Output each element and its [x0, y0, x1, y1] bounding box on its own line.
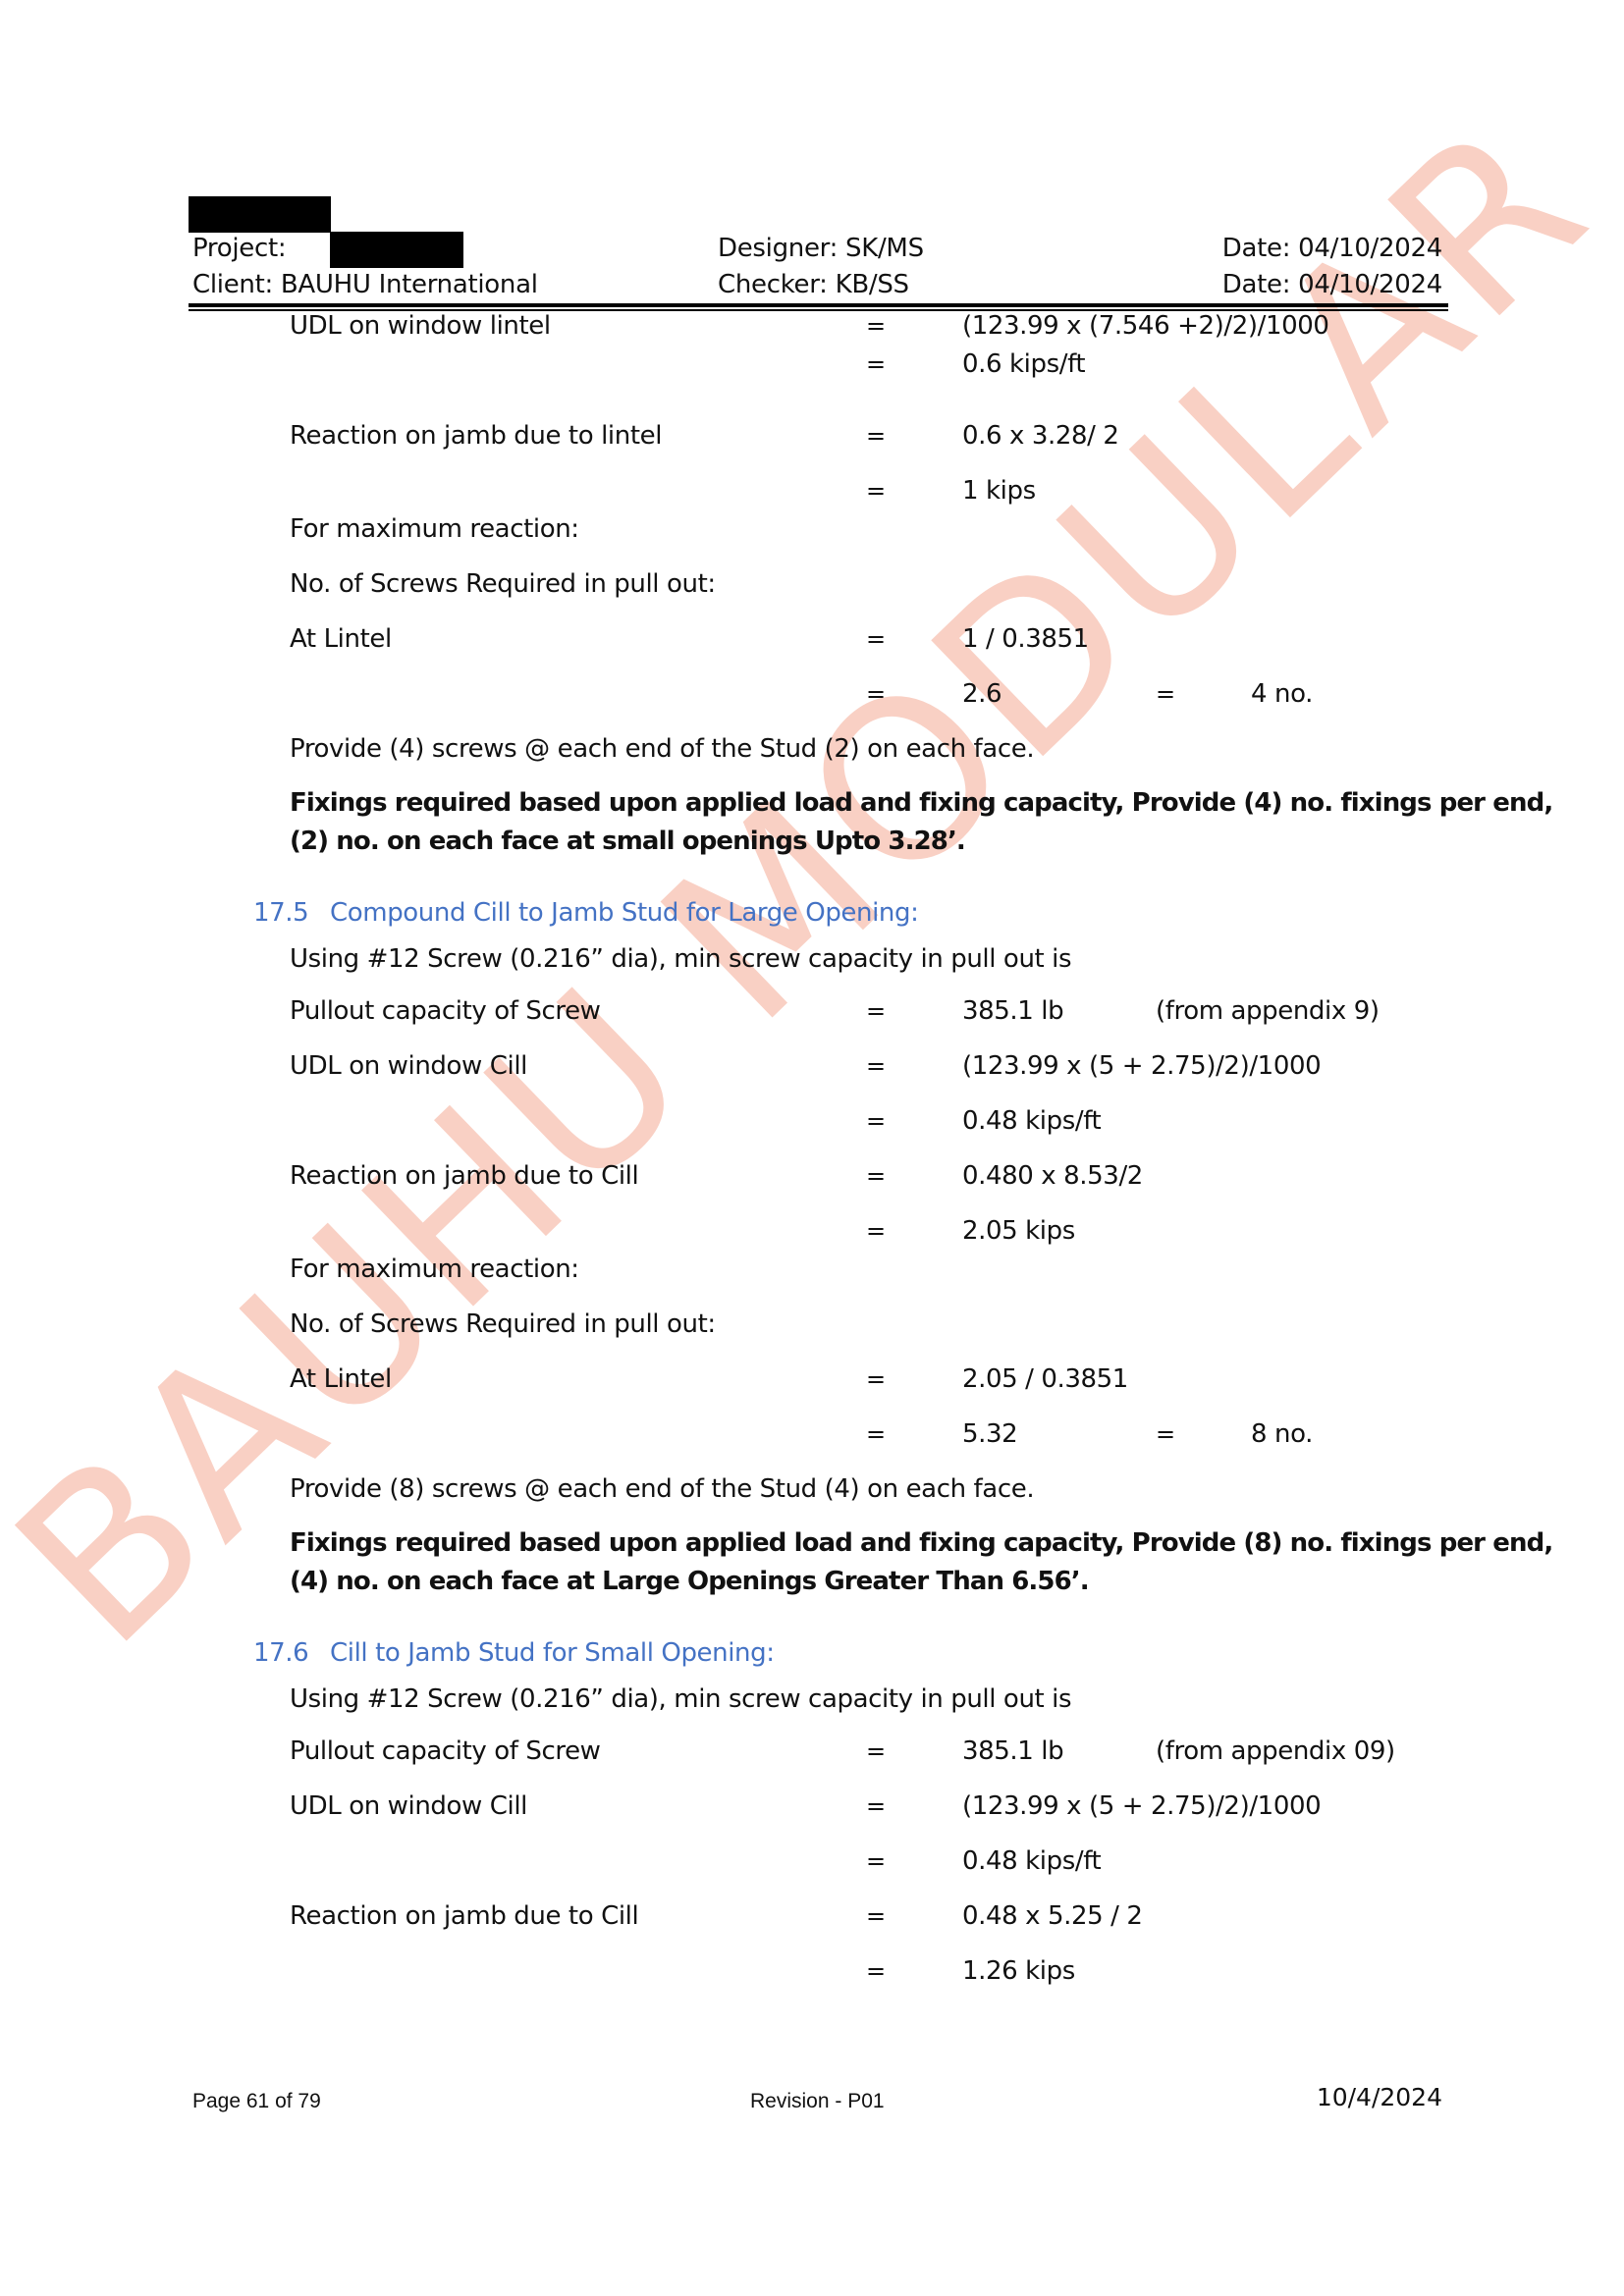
equals-sign: = [866, 421, 886, 451]
conclusion-text: (2) no. on each face at small openings U… [290, 827, 965, 856]
calc-label: Pullout capacity of Screw [290, 1736, 601, 1766]
calc-value: 2.05 / 0.3851 [962, 1364, 1128, 1394]
conclusion-text: Fixings required based upon applied load… [290, 1528, 1552, 1558]
calc-note: (from appendix 09) [1156, 1736, 1395, 1766]
calc-result: 4 no. [1251, 679, 1313, 709]
calc-value: 1 kips [962, 476, 1036, 506]
calc-value: 0.480 x 8.53/2 [962, 1161, 1143, 1191]
calc-value: 0.6 kips/ft [962, 349, 1085, 379]
provide-text: Provide (4) screws @ each end of the Stu… [290, 734, 1034, 764]
calc-value: (123.99 x (5 + 2.75)/2)/1000 [962, 1051, 1321, 1081]
calc-label: UDL on window Cill [290, 1791, 527, 1821]
calc-value: 0.48 kips/ft [962, 1846, 1101, 1876]
calc-label: Reaction on jamb due to Cill [290, 1901, 638, 1931]
equals-sign: = [866, 1736, 886, 1766]
calc-value: (123.99 x (5 + 2.75)/2)/1000 [962, 1791, 1321, 1821]
calc-value: 385.1 lb [962, 996, 1063, 1026]
footer-date: 10/4/2024 [1317, 2085, 1442, 2110]
calc-value: 5.32 [962, 1419, 1017, 1449]
header-designer: Designer: SK/MS [718, 234, 924, 263]
calc-label: Reaction on jamb due to Cill [290, 1161, 638, 1191]
calc-value: 1.26 kips [962, 1956, 1075, 1986]
equals-sign: = [866, 1106, 886, 1136]
calc-note: (from appendix 9) [1156, 996, 1380, 1026]
conclusion-text: Fixings required based upon applied load… [290, 788, 1552, 818]
document-page: BAUHU MODULAR Project: Client: BAUHU Int… [0, 0, 1624, 2296]
calc-value: 0.48 kips/ft [962, 1106, 1101, 1136]
calc-label: UDL on window lintel [290, 311, 551, 341]
calc-label: Reaction on jamb due to lintel [290, 421, 662, 451]
section-number: 17.6 [253, 1638, 330, 1668]
calc-value: 385.1 lb [962, 1736, 1063, 1766]
section-heading-17-5: 17.5Compound Cill to Jamb Stud for Large… [253, 898, 918, 928]
calc-value: 2.6 [962, 679, 1001, 709]
calc-label: At Lintel [290, 624, 392, 654]
equals-sign: = [866, 1161, 886, 1191]
header-client: Client: BAUHU International [192, 270, 538, 299]
screws-required-text: No. of Screws Required in pull out: [290, 569, 716, 599]
calc-value: 1 / 0.3851 [962, 624, 1089, 654]
equals-sign: = [866, 1216, 886, 1246]
equals-sign: = [866, 679, 886, 709]
equals-sign: = [1156, 679, 1175, 709]
section-title: Compound Cill to Jamb Stud for Large Ope… [330, 898, 918, 928]
equals-sign: = [866, 349, 886, 379]
equals-sign: = [866, 1051, 886, 1081]
equals-sign: = [866, 624, 886, 654]
equals-sign: = [866, 1846, 886, 1876]
equals-sign: = [866, 476, 886, 506]
header-checker-date: Date: 04/10/2024 [1222, 270, 1442, 299]
calc-label: Pullout capacity of Screw [290, 996, 601, 1026]
section-number: 17.5 [253, 898, 330, 928]
header-rule [189, 303, 1448, 307]
max-reaction-text: For maximum reaction: [290, 514, 579, 544]
equals-sign: = [866, 1364, 886, 1394]
equals-sign: = [866, 1791, 886, 1821]
equals-sign: = [866, 1901, 886, 1931]
footer-page-number: Page 61 of 79 [192, 2089, 321, 2114]
calc-label: UDL on window Cill [290, 1051, 527, 1081]
using-text: Using #12 Screw (0.216” dia), min screw … [290, 1684, 1071, 1714]
redacted-project-name [330, 232, 463, 268]
header-designer-date: Date: 04/10/2024 [1222, 234, 1442, 263]
calc-value: 2.05 kips [962, 1216, 1075, 1246]
provide-text: Provide (8) screws @ each end of the Stu… [290, 1474, 1034, 1504]
calc-label: At Lintel [290, 1364, 392, 1394]
screws-required-text: No. of Screws Required in pull out: [290, 1309, 716, 1339]
watermark: BAUHU MODULAR [0, 73, 1624, 1694]
equals-sign: = [1156, 1419, 1175, 1449]
footer-revision: Revision - P01 [750, 2089, 885, 2114]
section-heading-17-6: 17.6Cill to Jamb Stud for Small Opening: [253, 1638, 775, 1668]
conclusion-text: (4) no. on each face at Large Openings G… [290, 1567, 1089, 1596]
redacted-logo [189, 196, 331, 233]
equals-sign: = [866, 996, 886, 1026]
header-checker: Checker: KB/SS [718, 270, 909, 299]
calc-value: (123.99 x (7.546 +2)/2)/1000 [962, 311, 1329, 341]
calc-result: 8 no. [1251, 1419, 1313, 1449]
using-text: Using #12 Screw (0.216” dia), min screw … [290, 944, 1071, 974]
section-title: Cill to Jamb Stud for Small Opening: [330, 1638, 775, 1668]
equals-sign: = [866, 1956, 886, 1986]
equals-sign: = [866, 311, 886, 341]
calc-value: 0.6 x 3.28/ 2 [962, 421, 1119, 451]
calc-value: 0.48 x 5.25 / 2 [962, 1901, 1143, 1931]
header-project-label: Project: [192, 234, 286, 263]
max-reaction-text: For maximum reaction: [290, 1255, 579, 1284]
equals-sign: = [866, 1419, 886, 1449]
